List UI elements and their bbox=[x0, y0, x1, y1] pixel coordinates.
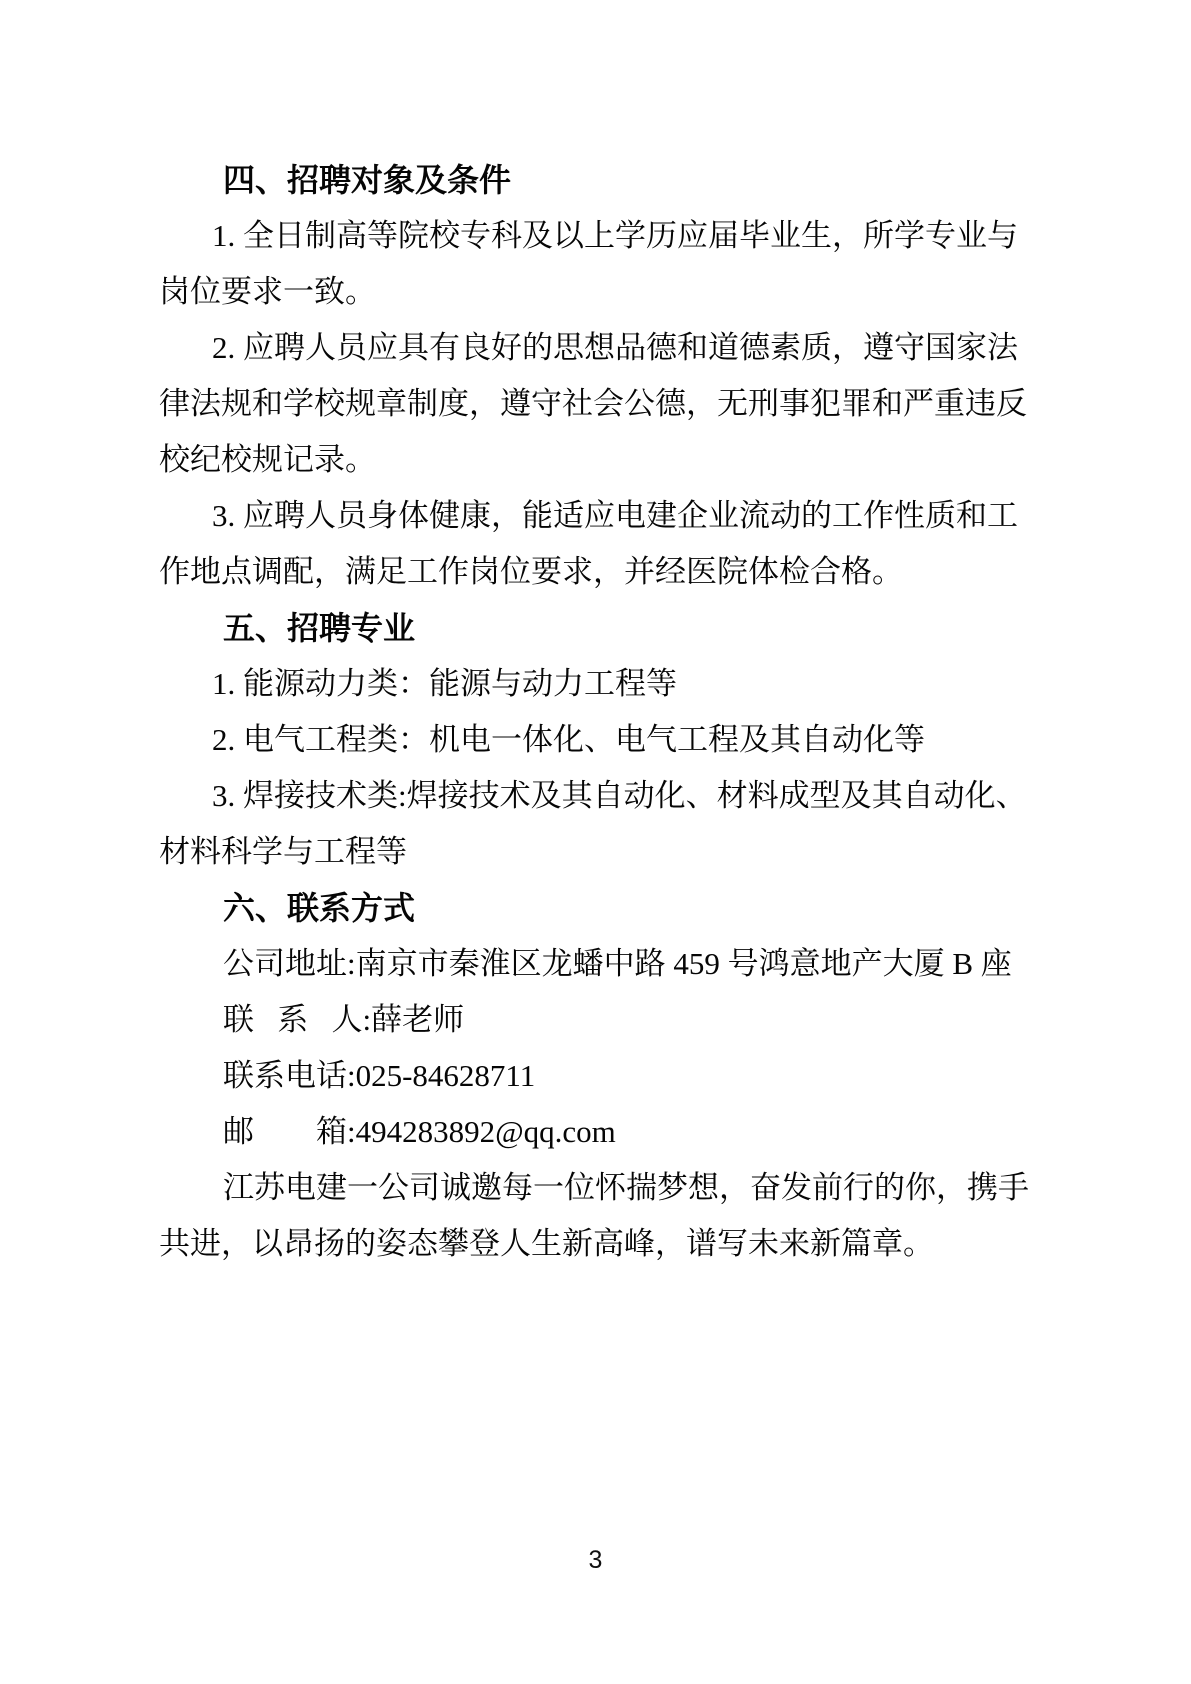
section-5-item-3-line-1: 3. 焊接技术类:焊接技术及其自动化、材料成型及其自动化、 bbox=[159, 768, 1059, 824]
contact-phone: 联系电话:025-84628711 bbox=[159, 1048, 1059, 1104]
section-4-para-3-line-1: 3. 应聘人员身体健康，能适应电建企业流动的工作性质和工 bbox=[159, 488, 1059, 544]
document-page: 四、招聘对象及条件 1. 全日制高等院校专科及以上学历应届毕业生，所学专业与 岗… bbox=[0, 0, 1191, 1684]
section-5-item-2: 2. 电气工程类：机电一体化、电气工程及其自动化等 bbox=[159, 712, 1059, 768]
contact-person: 联 系 人:薛老师 bbox=[159, 992, 1059, 1048]
closing-line-1: 江苏电建一公司诚邀每一位怀揣梦想，奋发前行的你，携手 bbox=[159, 1160, 1059, 1216]
closing-line-2: 共进，以昂扬的姿态攀登人生新高峰，谱写未来新篇章。 bbox=[159, 1216, 1059, 1272]
section-4-heading: 四、招聘对象及条件 bbox=[159, 152, 1059, 208]
section-4-para-1-line-1: 1. 全日制高等院校专科及以上学历应届毕业生，所学专业与 bbox=[159, 208, 1059, 264]
section-4-para-1-line-2: 岗位要求一致。 bbox=[159, 264, 1059, 320]
contact-address: 公司地址:南京市秦淮区龙蟠中路 459 号鸿意地产大厦 B 座 bbox=[159, 936, 1059, 992]
section-5-item-1: 1. 能源动力类：能源与动力工程等 bbox=[159, 656, 1059, 712]
section-6-heading: 六、联系方式 bbox=[159, 880, 1059, 936]
section-4-para-2-line-3: 校纪校规记录。 bbox=[159, 432, 1059, 488]
page-number: 3 bbox=[0, 1545, 1191, 1575]
section-4-para-3-line-2: 作地点调配，满足工作岗位要求，并经医院体检合格。 bbox=[159, 544, 1059, 600]
section-5-heading: 五、招聘专业 bbox=[159, 600, 1059, 656]
section-4-para-2-line-1: 2. 应聘人员应具有良好的思想品德和道德素质，遵守国家法 bbox=[159, 320, 1059, 376]
section-5-item-3-line-2: 材料科学与工程等 bbox=[159, 824, 1059, 880]
document-body: 四、招聘对象及条件 1. 全日制高等院校专科及以上学历应届毕业生，所学专业与 岗… bbox=[159, 152, 1059, 1272]
section-4-para-2-line-2: 律法规和学校规章制度，遵守社会公德，无刑事犯罪和严重违反 bbox=[159, 376, 1059, 432]
contact-email: 邮 箱:494283892@qq.com bbox=[159, 1104, 1059, 1160]
